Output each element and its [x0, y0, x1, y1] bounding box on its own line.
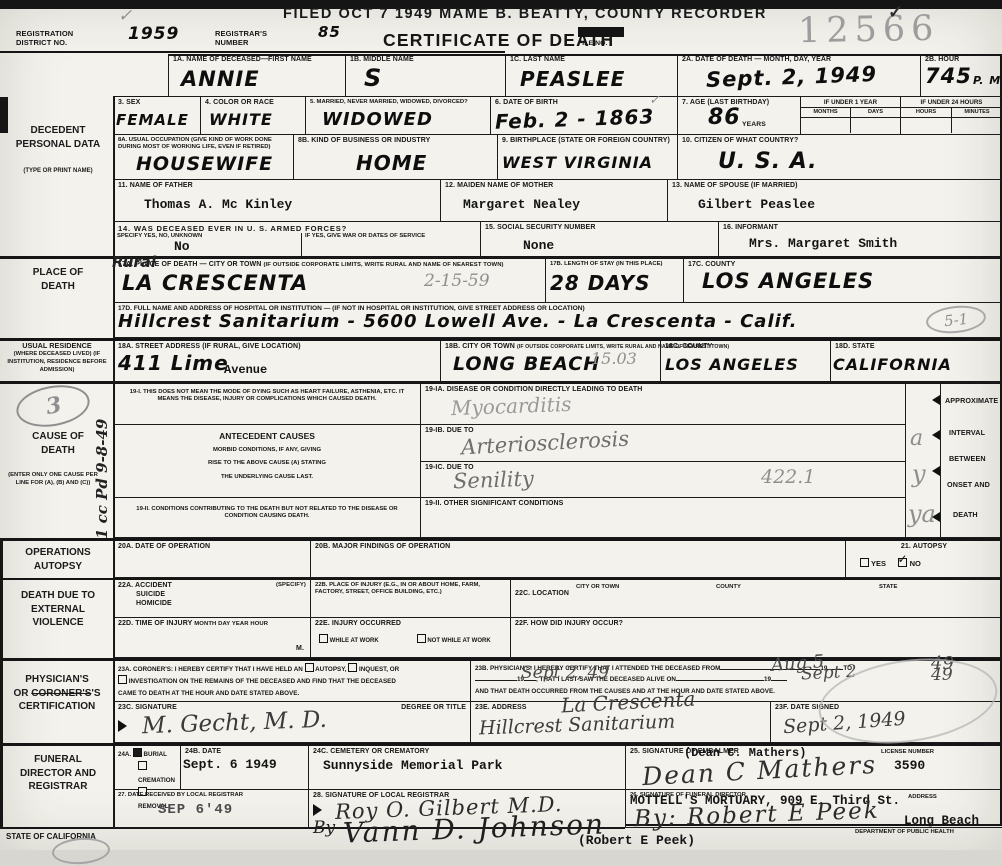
cause-note2-text: 19-II. CONDITIONS CONTRIBUTING TO THE DE…	[118, 500, 416, 521]
injury-location-label: 22C. LOCATION	[515, 590, 569, 597]
residence-state-value: CALIFORNIA	[833, 355, 952, 374]
violence-kind-label: 22A. ACCIDENT	[118, 582, 172, 591]
occupation-label: 8A. USUAL OCCUPATION (GIVE KIND OF WORK …	[118, 137, 289, 152]
under-1-year-label: IF UNDER 1 YEAR	[801, 97, 900, 108]
armed-forces-specify-label: SPECIFY YES, NO, UNKNOWN	[114, 233, 301, 240]
burial-date-label: 24B. DATE	[185, 748, 304, 757]
sidebar-decedent-sub: (TYPE OR PRINT NAME)	[18, 167, 98, 175]
occupation-cell: 8A. USUAL OCCUPATION (GIVE KIND OF WORK …	[113, 135, 293, 180]
physician-address-cell: 23E. ADDRESS La Crescenta Hillcrest Sani…	[470, 702, 770, 743]
license-number-label: LICENSE NUMBER	[881, 749, 934, 756]
hour-value: 745	[925, 64, 972, 88]
death-county-cell: 17C. COUNTY LOS ANGELES	[683, 259, 1002, 304]
physician-word-1: PHYSICIAN'S	[4, 673, 110, 687]
death-certificate-document: ✓ FILED OCT 7 1949 MAME B. BEATTY, COUNT…	[0, 0, 1002, 850]
first-name-label: 1A. NAME OF DECEASED—FIRST NAME	[173, 56, 341, 65]
last-name-label: 1C. LAST NAME	[510, 56, 673, 65]
antecedent-line1: MORBID CONDITIONS, IF ANY, GIVING	[118, 441, 416, 454]
institution-cell: 17D. FULL NAME AND ADDRESS OF HOSPITAL O…	[113, 303, 1002, 338]
file-no-label: FILE NO.	[578, 40, 608, 48]
residence-city-cell: 18B. CITY OR TOWN (IF OUTSIDE CORPORATE …	[440, 341, 660, 384]
residence-county-value: LOS ANGELES	[665, 355, 799, 374]
length-of-stay-label: 17B. LENGTH OF STAY (IN THIS PLACE)	[550, 261, 679, 268]
cause-due-c-cell: 19-IC. DUE TO Senility 422.1	[420, 462, 905, 498]
injury-place-label: 22B. PLACE OF INJURY (E.G., IN OR ABOUT …	[315, 582, 506, 597]
under-1-year-days-label: DAYS	[851, 108, 900, 117]
injury-location-city-label: CITY OR TOWN	[576, 584, 619, 591]
sidebar-operations-label: OPERATIONS AUTOPSY	[8, 546, 108, 573]
occupation-value: HOUSEWIFE	[136, 153, 273, 175]
burial-checkbox	[133, 748, 142, 757]
injury-location-cell: 22C. LOCATION CITY OR TOWN COUNTY STATE	[510, 580, 1002, 618]
coroner-certification-cell: 23A. CORONER'S: I HEREBY CERTIFY THAT I …	[113, 661, 470, 703]
coroner-line3: CAME TO DEATH AT THE HOUR AND DATE STATE…	[118, 688, 466, 700]
funeral-director-typed-name: (Robert E Peek)	[578, 833, 695, 848]
injury-while-at-work-option: WHILE AT WORK	[319, 634, 379, 644]
autopsy-cell: 21. AUTOPSY YES ✓ NO	[845, 541, 1002, 579]
ssn-label: 15. SOCIAL SECURITY NUMBER	[485, 224, 714, 233]
interval-mark-b: y	[912, 460, 926, 488]
date-of-death-label: 2A. DATE OF DEATH — MONTH, DAY, YEAR	[682, 56, 916, 65]
armed-forces-war-label: IF YES, GIVE WAR OR DATES OF SERVICE	[302, 233, 480, 240]
violence-suicide-label: SUICIDE	[118, 591, 306, 600]
ink-checkmark: ✓	[888, 2, 903, 23]
pencil-scribble-3: 3	[44, 392, 64, 420]
informant-value: Mrs. Margaret Smith	[749, 236, 897, 251]
mother-name-cell: 12. MAIDEN NAME OF MOTHER Margaret Neale…	[440, 180, 667, 222]
institution-value: Hillcrest Sanitarium - 5600 Lowell Ave. …	[118, 311, 797, 332]
pencil-check-age: ✓	[649, 93, 660, 108]
race-label: 4. COLOR OR RACE	[205, 99, 301, 108]
injury-how-label: 22F. HOW DID INJURY OCCUR?	[515, 620, 998, 629]
signature-arrow-icon	[118, 720, 127, 732]
father-name-label: 11. NAME OF FATHER	[118, 182, 436, 191]
sidebar-place-of-death-label: PLACE OF DEATH	[28, 266, 88, 293]
director-address-label: ADDRESS	[908, 794, 937, 801]
residence-county-label: 18C. COUNTY	[665, 343, 826, 352]
sidebar-residence-label: USUAL RESIDENCE	[3, 341, 111, 351]
mother-name-label: 12. MAIDEN NAME OF MOTHER	[445, 182, 663, 191]
pencil-circle-scribble: 3	[13, 380, 93, 432]
antecedent-line2: RISE TO THE ABOVE CAUSE (A) STATING	[118, 454, 416, 467]
date-of-birth-cell: 6. DATE OF BIRTH Feb. 2 - 1863 ✓	[490, 97, 677, 135]
arrow-left-icon	[932, 430, 940, 440]
spouse-name-value: Gilbert Peaslee	[698, 197, 815, 212]
disposition-burial-option: 24A. BURIAL	[118, 748, 176, 761]
disposition-cell: 24A. BURIAL CREMATION REMOVAL	[113, 746, 180, 791]
registrar-by-label: By	[313, 818, 335, 838]
sex-label: 3. SEX	[118, 99, 196, 108]
injury-not-while-at-work-option: NOT WHILE AT WORK	[417, 634, 491, 644]
sidebar-decedent-label: DECEDENT PERSONAL DATA	[8, 124, 108, 151]
residence-city-pencil: 15.03	[591, 349, 637, 368]
registrar-arrow-icon	[313, 804, 322, 816]
file-number-stamp: 12566	[798, 9, 940, 51]
mother-name-value: Margaret Nealey	[463, 197, 580, 212]
not-while-at-work-checkbox	[417, 634, 426, 643]
residence-county-cell: 18C. COUNTY LOS ANGELES	[660, 341, 830, 384]
date-of-birth-value: Feb. 2 - 1863	[495, 104, 655, 134]
injury-occurred-cell: 22E. INJURY OCCURRED WHILE AT WORK NOT W…	[310, 618, 510, 658]
sidebar-residence-sub: (WHERE DECEASED LIVED) (IF INSTITUTION, …	[3, 351, 111, 374]
physician-signature-cell: 23C. SIGNATUREDEGREE OR TITLE M. Gecht, …	[113, 702, 470, 743]
ssn-cell: 15. SOCIAL SECURITY NUMBER None	[480, 222, 718, 258]
hour-of-death-cell: 2B. HOUR 745 P. M.	[920, 54, 1002, 97]
cause-due-c-value: Senility	[453, 467, 535, 494]
injury-occurred-label: 22E. INJURY OCCURRED	[315, 620, 506, 629]
citizenship-cell: 10. CITIZEN OF WHAT COUNTRY? U. S. A.	[677, 135, 1002, 180]
cause-note1-text: 19-I. THIS DOES NOT MEAN THE MODE OF DYI…	[118, 386, 416, 404]
residence-state-label: 18D. STATE	[835, 343, 998, 352]
interval-word-3: BETWEEN	[949, 454, 986, 463]
registrars-number-value: 85	[318, 23, 341, 41]
injury-location-state-label: STATE	[879, 584, 897, 591]
if-under-1-year-cell: IF UNDER 1 YEAR MONTHS DAYS	[800, 97, 900, 135]
under-1-year-months-label: MONTHS	[801, 108, 851, 117]
cemetery-value: Sunnyside Memorial Park	[323, 758, 502, 773]
birthplace-cell: 9. BIRTHPLACE (STATE OR FOREIGN COUNTRY)…	[497, 135, 677, 180]
residence-state-cell: 18D. STATE CALIFORNIA	[830, 341, 1002, 384]
coroners-struck-text: CORONER'S	[31, 688, 91, 699]
interval-word-4: ONSET AND	[947, 480, 990, 489]
pencil-5-1-value: 5-1	[943, 310, 969, 330]
middle-name-cell: 1B. MIDDLE NAME S	[345, 54, 505, 97]
industry-value: HOME	[356, 151, 427, 175]
sidebar-violence-label: DEATH DUE TO EXTERNAL VIOLENCE	[18, 589, 98, 630]
interval-word-1: APPROXIMATE	[945, 396, 998, 405]
ssn-value: None	[523, 238, 554, 253]
operation-findings-label: 20B. MAJOR FINDINGS OF OPERATION	[315, 543, 841, 552]
father-name-cell: 11. NAME OF FATHER Thomas A. Mc Kinley	[113, 180, 440, 222]
injury-how-cell: 22F. HOW DID INJURY OCCUR?	[510, 618, 1002, 658]
operation-date-label: 20A. DATE OF OPERATION	[118, 543, 306, 552]
informant-cell: 16. INFORMANT Mrs. Margaret Smith	[718, 222, 1002, 258]
under-1-year-months-value	[801, 118, 851, 133]
cause-due-c-pencil-code: 422.1	[761, 466, 815, 488]
injury-time-label: 22D. TIME OF INJURY	[118, 620, 192, 627]
violence-kind-cell: 22A. ACCIDENT(SPECIFY) SUICIDE HOMICIDE	[113, 580, 310, 618]
interval-mark-a: a	[910, 426, 923, 451]
filed-stamp: FILED OCT 7 1949 MAME B. BEATTY, COUNTY …	[283, 6, 767, 22]
operation-date-cell: 20A. DATE OF OPERATION	[113, 541, 310, 579]
coroner-autopsy-checkbox	[305, 663, 314, 672]
cause-note2-cell: 19-II. CONDITIONS CONTRIBUTING TO THE DE…	[113, 498, 420, 538]
operation-findings-cell: 20B. MAJOR FINDINGS OF OPERATION	[310, 541, 845, 579]
last-name-cell: 1C. LAST NAME PEASLEE	[505, 54, 677, 97]
coroner-inquest-checkbox	[348, 663, 357, 672]
rural-stamp: Rural	[112, 253, 156, 271]
sex-value: FEMALE	[116, 111, 189, 129]
funeral-director-cell: 26. SIGNATURE OF FUNERAL DIRECTOR MOTTEL…	[625, 790, 1002, 828]
local-registrar-cell: 28. SIGNATURE OF LOCAL REGISTRAR Roy O. …	[308, 790, 625, 828]
street-address-cell: 18A. STREET ADDRESS (IF RURAL, GIVE LOCA…	[113, 341, 440, 384]
disposition-cremation-option: CREMATION	[118, 761, 176, 787]
age-unit-label: YEARS	[742, 121, 766, 129]
violence-specify-label: (SPECIFY)	[276, 582, 306, 591]
armed-forces-label: 14. WAS DECEASED EVER IN U. S. ARMED FOR…	[114, 222, 480, 233]
under-24-hours-minutes-label: MINUTES	[952, 108, 1002, 117]
autopsy-no-label: NO	[910, 559, 921, 568]
hour-ampm: P. M.	[973, 74, 1002, 87]
race-cell: 4. COLOR OR RACE WHITE	[200, 97, 305, 135]
arrow-left-icon	[932, 466, 940, 476]
place-of-death-city-cell: 17A. PLACE OF DEATH — CITY OR TOWN (IF O…	[113, 259, 545, 304]
place-city-label-sub: (IF OUTSIDE CORPORATE LIMITS, WRITE RURA…	[263, 262, 503, 268]
injury-location-county-label: COUNTY	[716, 584, 741, 591]
sidebar-funeral-label: FUNERAL DIRECTOR AND REGISTRAR	[14, 753, 102, 794]
interval-word-2: INTERVAL	[949, 428, 985, 437]
cremation-checkbox	[138, 761, 147, 770]
cause-other-label: 19-II. OTHER SIGNIFICANT CONDITIONS	[425, 500, 901, 509]
first-name-value: ANNIE	[181, 67, 260, 91]
if-under-24-hours-cell: IF UNDER 24 HOURS HOURS MINUTES	[900, 97, 1002, 135]
residence-city-value: LONG BEACH	[453, 353, 600, 375]
first-name-cell: 1A. NAME OF DECEASED—FIRST NAME ANNIE	[168, 54, 345, 97]
sidebar-cause-label: CAUSE OF DEATH	[24, 430, 92, 457]
physician-signature-value: M. Gecht, M. D.	[142, 707, 328, 739]
burial-date-value: Sept. 6 1949	[183, 757, 277, 772]
date-of-death-value: Sept. 2, 1949	[706, 62, 878, 92]
registrars-number-label: REGISTRAR'S NUMBER	[215, 29, 277, 48]
street-address-typed: Avenue	[224, 363, 267, 377]
cause-direct-value: Myocarditis	[451, 391, 572, 419]
industry-cell: 8B. KIND OF BUSINESS OR INDUSTRY HOME	[293, 135, 497, 180]
registration-district-label: REGISTRATION DISTRICT NO.	[16, 29, 108, 48]
funeral-director-city: Long Beach	[904, 814, 979, 828]
cause-note1-cell: 19-I. THIS DOES NOT MEAN THE MODE OF DYI…	[113, 384, 420, 426]
physician-word-3: CERTIFICATION	[4, 700, 110, 714]
date-received-label: 27. DATE RECEIVED BY LOCAL REGISTRAR	[118, 792, 304, 799]
length-of-stay-cell: 17B. LENGTH OF STAY (IN THIS PLACE) 28 D…	[545, 259, 683, 304]
file-no-redaction-mark	[578, 27, 624, 37]
autopsy-label: 21. AUTOPSY	[850, 543, 998, 552]
antecedent-line3: THE UNDERLYING CAUSE LAST.	[118, 468, 416, 481]
violence-homicide-label: HOMICIDE	[118, 600, 306, 609]
coroner-line2: INVESTIGATION ON THE REMAINS OF THE DECE…	[118, 675, 466, 688]
degree-title-label: DEGREE OR TITLE	[401, 704, 466, 713]
cemetery-label: 24C. CEMETERY OR CREMATORY	[313, 748, 621, 757]
autopsy-yes-label: YES	[871, 559, 886, 568]
age-value: 86	[708, 105, 741, 130]
place-city-value: LA CRESCENTA	[122, 271, 308, 295]
middle-name-value: S	[364, 64, 382, 92]
race-value: WHITE	[209, 110, 273, 129]
while-at-work-checkbox	[319, 634, 328, 643]
injury-place-cell: 22B. PLACE OF INJURY (E.G., IN OR ABOUT …	[310, 580, 510, 618]
last-name-value: PEASLEE	[520, 67, 625, 91]
embalmer-cell: 25. SIGNATURE OF EMBALMER (Dean C. Mathe…	[625, 746, 1002, 791]
autopsy-options: YES ✓ NO	[860, 558, 921, 568]
under-24-hours-hours-value	[901, 118, 952, 133]
street-address-value: 411 Lime	[118, 351, 229, 375]
under-24-hours-label: IF UNDER 24 HOURS	[901, 97, 1002, 108]
cause-due-b-cell: 19-IB. DUE TO Arteriosclerosis	[420, 425, 905, 462]
birthplace-label: 9. BIRTHPLACE (STATE OR FOREIGN COUNTRY)	[502, 137, 673, 146]
registration-district-value: 1959	[128, 24, 179, 44]
antecedent-title: ANTECEDENT CAUSES	[118, 427, 416, 441]
armed-forces-value: No	[174, 239, 190, 254]
injury-time-m-label: M.	[296, 645, 304, 654]
physician-to-date-hw: Sept 2, 49	[521, 663, 609, 683]
physician-address-line2: Hillcrest Sanitarium	[479, 711, 676, 740]
cemetery-cell: 24C. CEMETERY OR CREMATORY Sunnyside Mem…	[308, 746, 625, 791]
coroner-line1: 23A. CORONER'S: I HEREBY CERTIFY THAT I …	[118, 663, 466, 676]
father-name-value: Thomas A. Mc Kinley	[144, 197, 292, 212]
arrow-left-icon	[932, 395, 940, 405]
spouse-name-cell: 13. NAME OF SPOUSE (IF MARRIED) Gilbert …	[667, 180, 1002, 222]
cause-direct-cell: 19-IA. DISEASE OR CONDITION DIRECTLY LEA…	[420, 384, 905, 426]
spouse-name-label: 13. NAME OF SPOUSE (IF MARRIED)	[672, 182, 998, 191]
industry-label: 8B. KIND OF BUSINESS OR INDUSTRY	[298, 137, 493, 146]
age-cell: 7. AGE (LAST BIRTHDAY) 86 YEARS	[677, 97, 800, 135]
interval-word-5: DEATH	[953, 510, 978, 519]
marital-label: 5. MARRIED, NEVER MARRIED, WIDOWED, DIVO…	[310, 99, 486, 106]
sidebar-cause-sub: (ENTER ONLY ONE CAUSE PER LINE FOR (A), …	[6, 472, 100, 488]
length-of-stay-value: 28 DAYS	[550, 271, 650, 295]
coroner-investigation-checkbox	[118, 675, 127, 684]
arrow-left-icon	[932, 512, 940, 522]
injury-time-cell: 22D. TIME OF INJURY MONTH DAY YEAR HOUR …	[113, 618, 310, 658]
pencil-checkmark: ✓	[118, 6, 132, 26]
physician-word-2: OR CORONER'S'S	[4, 687, 110, 701]
under-24-hours-hours-label: HOURS	[901, 108, 952, 117]
sex-cell: 3. SEX FEMALE	[113, 97, 200, 135]
autopsy-no-checkbox: ✓	[898, 558, 907, 567]
date-of-death-cell: 2A. DATE OF DEATH — MONTH, DAY, YEAR Sep…	[677, 54, 920, 97]
death-county-value: LOS ANGELES	[702, 269, 874, 293]
under-24-hours-minutes-value	[952, 118, 1002, 133]
informant-label: 16. INFORMANT	[723, 224, 998, 233]
burial-date-cell: 24B. DATE Sept. 6 1949	[180, 746, 308, 791]
marital-value: WIDOWED	[322, 109, 433, 130]
cause-direct-label: 19-IA. DISEASE OR CONDITION DIRECTLY LEA…	[425, 386, 901, 395]
department-of-public-health-label: DEPARTMENT OF PUBLIC HEALTH	[855, 829, 954, 836]
marital-status-cell: 5. MARRIED, NEVER MARRIED, WIDOWED, DIVO…	[305, 97, 490, 135]
date-received-stamp: SEP 6'49	[158, 802, 233, 818]
sidebar-physician-label: PHYSICIAN'S OR CORONER'S'S CERTIFICATION	[4, 673, 110, 714]
injury-time-cols: MONTH DAY YEAR HOUR	[194, 621, 268, 627]
autopsy-yes-checkbox	[860, 558, 869, 567]
citizenship-value: U. S. A.	[718, 149, 818, 174]
place-city-pencil-note: 2-15-59	[424, 271, 490, 291]
under-1-year-days-value	[851, 118, 900, 133]
cause-other-cell: 19-II. OTHER SIGNIFICANT CONDITIONS	[420, 498, 905, 538]
interval-label-column: APPROXIMATE INTERVAL BETWEEN ONSET AND D…	[940, 384, 1002, 539]
place-city-label: 17A. PLACE OF DEATH — CITY OR TOWN (IF O…	[118, 261, 541, 270]
citizenship-label: 10. CITIZEN OF WHAT COUNTRY?	[682, 137, 998, 146]
date-received-cell: 27. DATE RECEIVED BY LOCAL REGISTRAR SEP…	[113, 790, 308, 828]
birthplace-value: WEST VIRGINIA	[502, 153, 653, 172]
margin-note-vertical: 1 cc Pd 9-8-49	[93, 379, 111, 539]
antecedent-causes-cell: ANTECEDENT CAUSES MORBID CONDITIONS, IF …	[113, 425, 420, 498]
armed-forces-cell: 14. WAS DECEASED EVER IN U. S. ARMED FOR…	[113, 222, 480, 258]
license-number-value: 3590	[894, 758, 925, 773]
